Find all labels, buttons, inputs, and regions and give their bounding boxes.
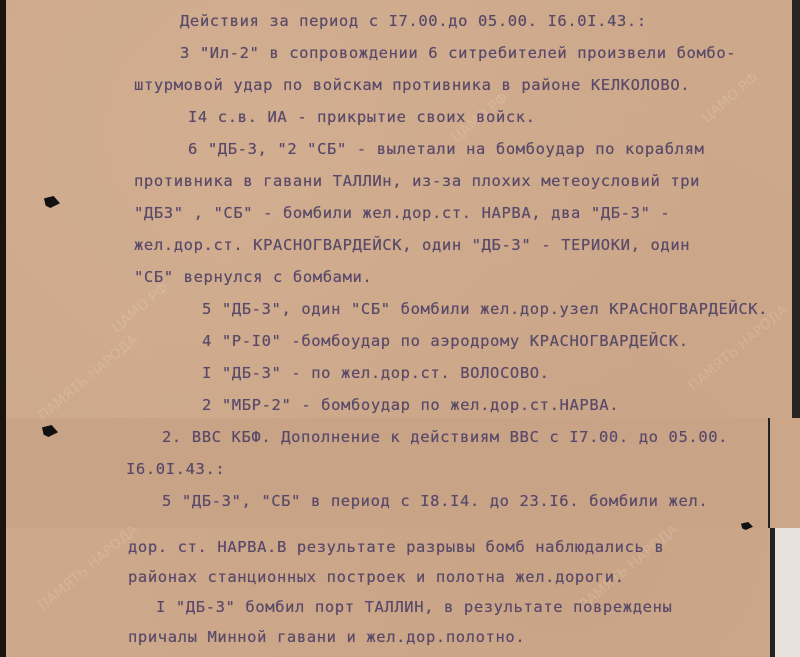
- section-heading: Действия за период с I7.00.до 05.00. I6.…: [180, 12, 647, 30]
- text-line: районах станционных построек и полотна ж…: [128, 568, 625, 586]
- text-line: 4 "Р-I0" -бомбоудар по аэродрому КРАСНОГ…: [202, 332, 689, 350]
- text-line: 3 "Ил-2" в сопровождении 6 ситребителей …: [180, 44, 736, 62]
- text-line: I6.0I.43.:: [126, 460, 225, 478]
- text-line: I4 с.в. ИА - прикрытие своих войск.: [188, 108, 536, 126]
- text-line: 5 "ДБ-3", один "СБ" бомбили жел.дор.узел…: [202, 300, 768, 318]
- text-line: 6 "ДБ-3, "2 "СБ" - вылетали на бомбоудар…: [188, 140, 704, 158]
- text-line: штурмовой удар по войскам противника в р…: [134, 76, 690, 94]
- text-line: противника в гавани ТАЛЛИн, из-за плохих…: [134, 172, 700, 190]
- text-line: "СБ" вернулся с бомбами.: [134, 268, 372, 286]
- text-line: "ДБ3" , "СБ" - бомбили жел.дор.ст. НАРВА…: [134, 204, 670, 222]
- watermark: ПАМЯТЬ НАРОДА: [35, 332, 141, 424]
- punch-hole-icon: [44, 196, 60, 208]
- section-heading: 2. ВВС КБФ. Дополнение к действиям ВВС с…: [162, 428, 728, 446]
- text-line: жел.дор.ст. КРАСНОГВАРДЕЙСК, один "ДБ-3"…: [134, 236, 690, 254]
- page-edge-shadow: [792, 0, 800, 418]
- text-line: дор. ст. НАРВА.В результате разрывы бомб…: [128, 538, 664, 556]
- text-line: 5 "ДБ-3", "СБ" в период с I8.I4. до 23.I…: [162, 492, 708, 510]
- text-line: причалы Минной гавани и жел.дор.полотно.: [128, 628, 525, 646]
- text-line: I "ДБ-3" бомбил порт ТАЛЛИН, в результат…: [156, 598, 672, 616]
- text-line: I "ДБ-3" - по жел.дор.ст. ВОЛОСОВО.: [202, 364, 550, 382]
- watermark: ПАМЯТЬ НАРОДА: [35, 522, 141, 614]
- watermark: ЦАМО РФ: [699, 70, 762, 126]
- document-page: ПАМЯТЬ НАРОДА ЦАМО РФ ЦАМО РФ ЦАМО РФ ПА…: [6, 0, 800, 657]
- text-line: 2 "МБР-2" - бомбоудар по жел.дор.ст.НАРВ…: [202, 396, 619, 414]
- watermark: ЦАМО РФ: [109, 280, 172, 336]
- page-edge-lower: [770, 528, 800, 657]
